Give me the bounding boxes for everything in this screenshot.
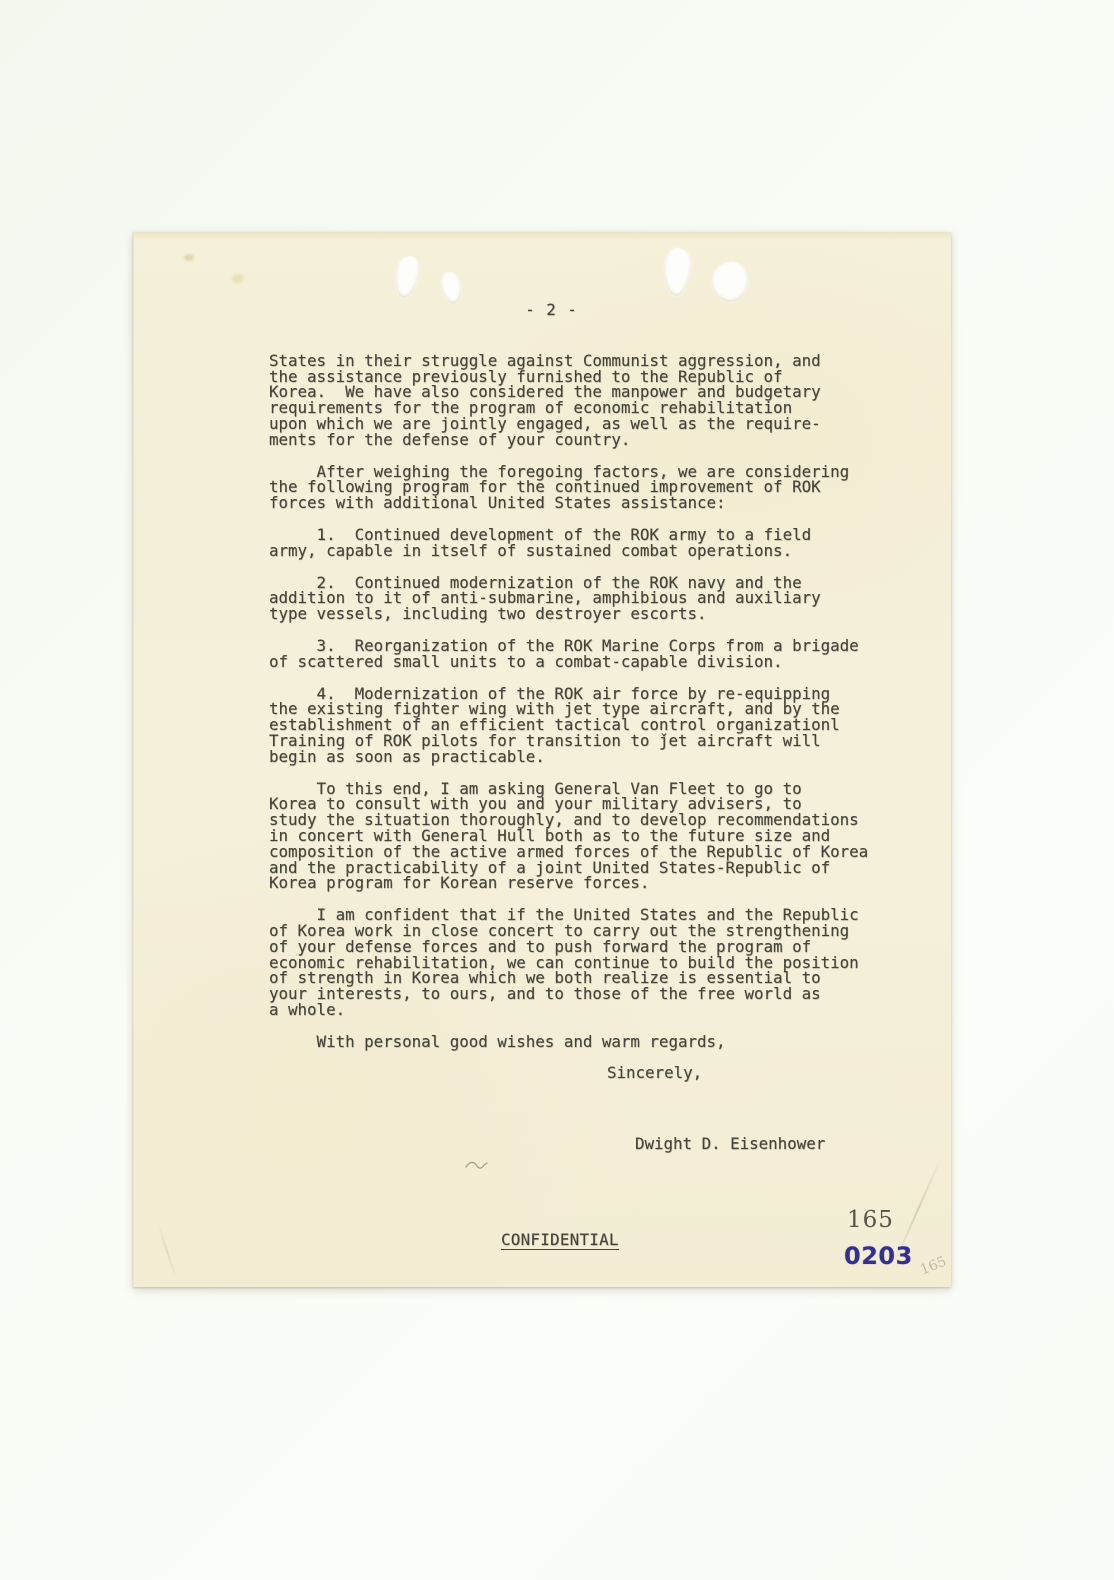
signature-name: Dwight D. Eisenhower xyxy=(269,1136,951,1152)
paragraph-program-intro: After weighing the foregoing factors, we… xyxy=(269,464,951,511)
typed-page-serial: 165 xyxy=(847,1207,894,1233)
blue-number-stamp: 0203 xyxy=(844,1243,913,1269)
list-item-3-marine-corps: 3. Reorganization of the ROK Marine Corp… xyxy=(269,638,951,670)
scan-background: - 2 - States in their struggle against C… xyxy=(0,0,1114,1580)
paper-crease xyxy=(157,1222,177,1280)
paper-stain xyxy=(232,274,244,283)
paragraph-regards: With personal good wishes and warm regar… xyxy=(269,1034,951,1050)
document-page: - 2 - States in their struggle against C… xyxy=(133,232,951,1287)
paragraph-opening: States in their struggle against Communi… xyxy=(269,353,951,448)
list-item-4-air-force: 4. Modernization of the ROK air force by… xyxy=(269,686,951,765)
paragraph-van-fleet: To this end, I am asking General Van Fle… xyxy=(269,781,951,892)
pencil-squiggle-icon xyxy=(464,1158,490,1176)
valediction: Sincerely, xyxy=(269,1065,951,1081)
page-number: - 2 - xyxy=(269,302,834,318)
pencil-note: 165 xyxy=(918,1254,949,1279)
list-item-2-navy: 2. Continued modernization of the ROK na… xyxy=(269,575,951,622)
letter-text-column: - 2 - States in their struggle against C… xyxy=(134,232,951,1152)
list-item-1-army: 1. Continued development of the ROK army… xyxy=(269,527,951,559)
classification-stamp: CONFIDENTIAL xyxy=(501,1232,619,1250)
paragraph-confident: I am confident that if the United States… xyxy=(269,907,951,1018)
paper-stain xyxy=(184,254,194,261)
